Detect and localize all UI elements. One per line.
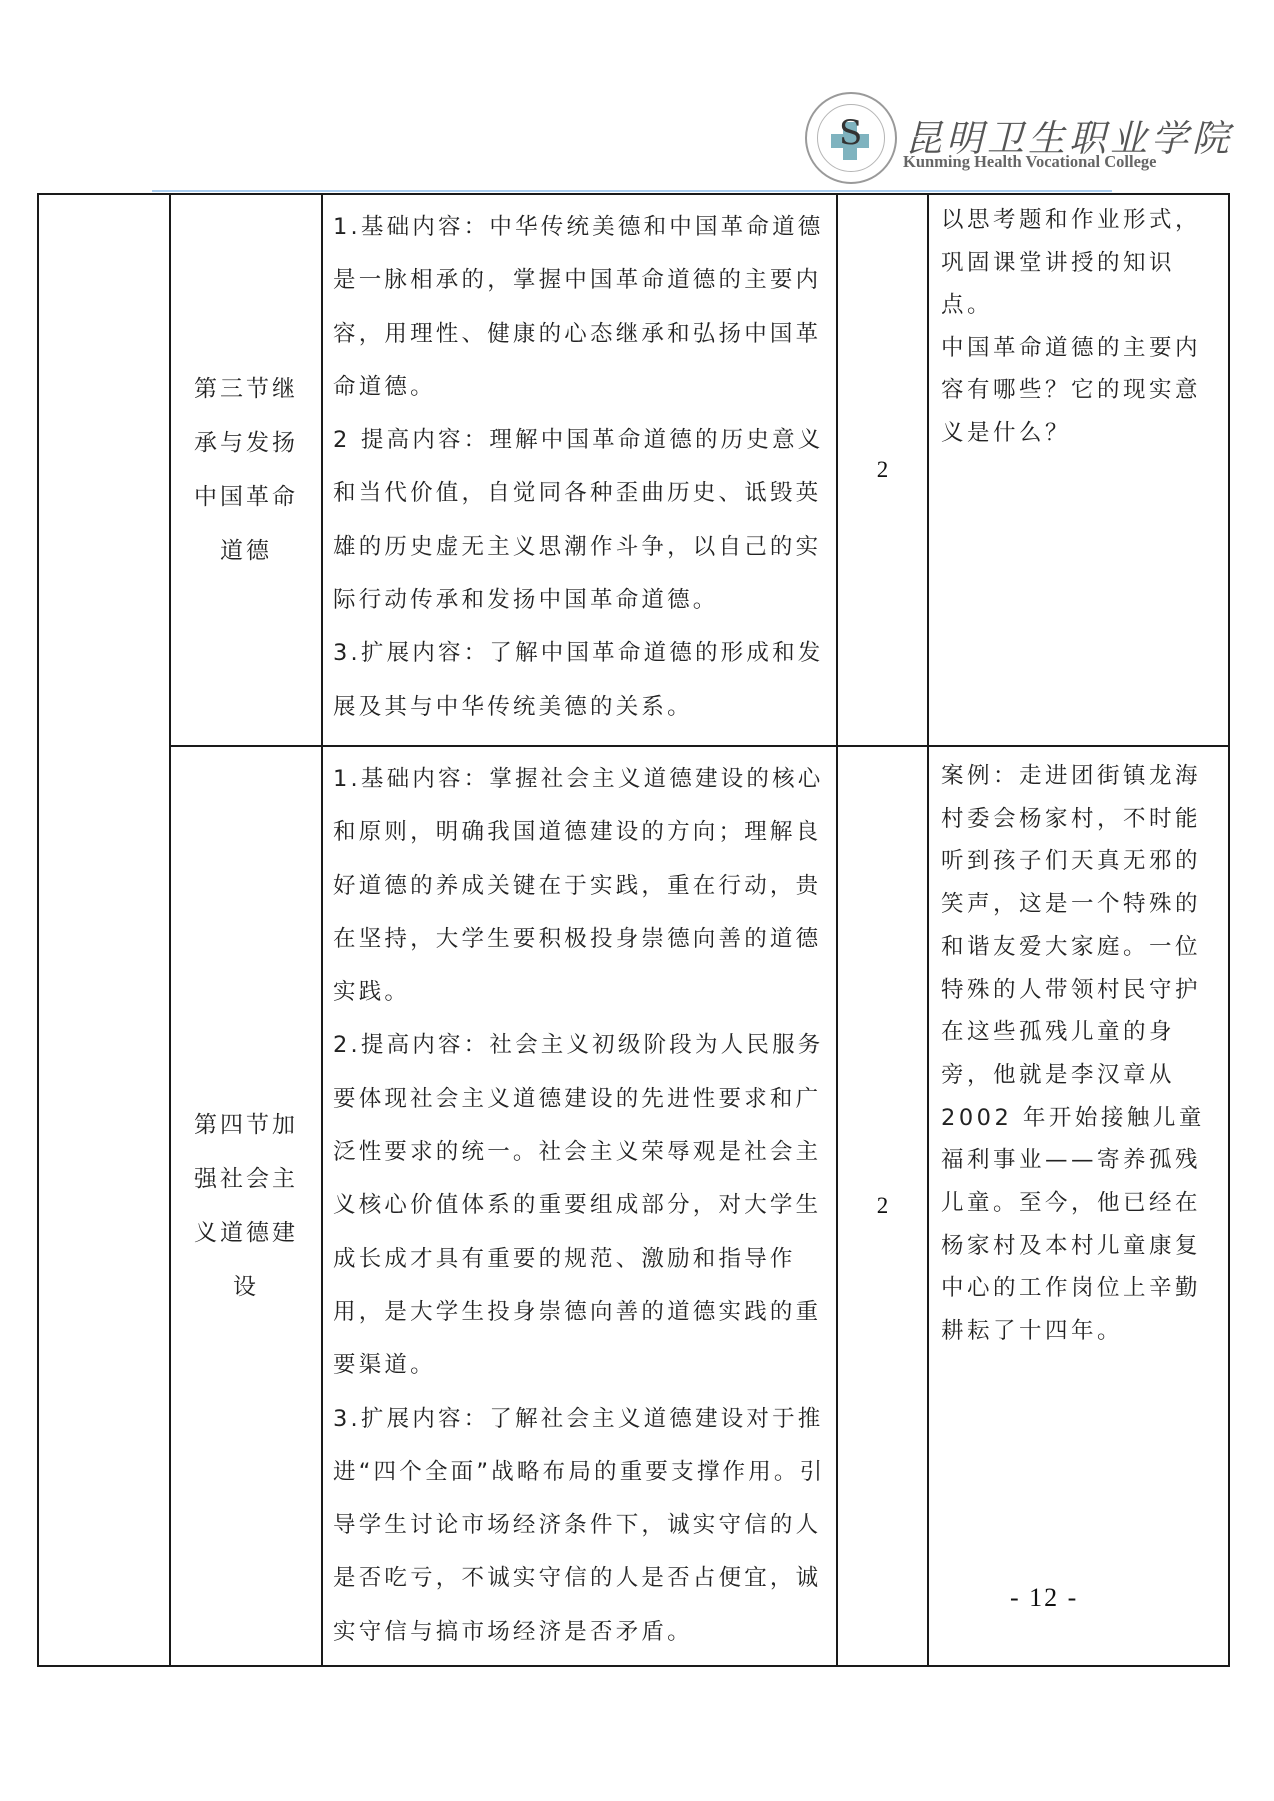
college-emblem-icon: S (805, 92, 897, 184)
syllabus-table: 第三节继承与发扬中国革命道德 1.基础内容：中华传统美德和中国革命道德是一脉相承… (37, 193, 1230, 1667)
chapter-cell (38, 194, 170, 1666)
notes-cell: 案例：走进团街镇龙海村委会杨家村，不时能听到孩子们天真无邪的笑声，这是一个特殊的… (928, 746, 1229, 1666)
notes-question: 中国革命道德的主要内容有哪些？它的现实意义是什么？ (941, 327, 1220, 455)
content-advanced: 2 提高内容：理解中国革命道德的历史意义和当代价值，自觉同各种歪曲历史、诋毁英雄… (333, 414, 826, 627)
notes-text: 以思考题和作业形式，巩固课堂讲授的知识点。 (941, 199, 1220, 327)
table-row: 第三节继承与发扬中国革命道德 1.基础内容：中华传统美德和中国革命道德是一脉相承… (38, 194, 1229, 746)
content-cell: 1.基础内容：掌握社会主义道德建设的核心和原则，明确我国道德建设的方向；理解良好… (322, 746, 837, 1666)
notes-case-study: 案例：走进团街镇龙海村委会杨家村，不时能听到孩子们天真无邪的笑声，这是一个特殊的… (941, 755, 1220, 1353)
content-basic: 1.基础内容：掌握社会主义道德建设的核心和原则，明确我国道德建设的方向；理解良好… (333, 753, 826, 1019)
hours-cell: 2 (837, 194, 928, 746)
notes-cell: 以思考题和作业形式，巩固课堂讲授的知识点。 中国革命道德的主要内容有哪些？它的现… (928, 194, 1229, 746)
table-row: 第四节加强社会主义道德建设 1.基础内容：掌握社会主义道德建设的核心和原则，明确… (38, 746, 1229, 1666)
content-basic: 1.基础内容：中华传统美德和中国革命道德是一脉相承的，掌握中国革命道德的主要内容… (333, 201, 826, 414)
emblem-snake-icon: S (839, 116, 862, 150)
content-extended: 3.扩展内容：了解社会主义道德建设对于推进“四个全面”战略布局的重要支撑作用。引… (333, 1393, 826, 1659)
header-divider (152, 190, 1112, 192)
content-cell: 1.基础内容：中华传统美德和中国革命道德是一脉相承的，掌握中国革命道德的主要内容… (322, 194, 837, 746)
section-title-cell: 第三节继承与发扬中国革命道德 (170, 194, 322, 746)
section-title-cell: 第四节加强社会主义道德建设 (170, 746, 322, 1666)
content-extended: 3.扩展内容：了解中国革命道德的形成和发展及其与中华传统美德的关系。 (333, 627, 826, 734)
brand-name-english: Kunming Health Vocational College (903, 152, 1156, 172)
hours-cell: 2 (837, 746, 928, 1666)
page-number: - 12 - (1010, 1583, 1078, 1613)
content-advanced: 2.提高内容：社会主义初级阶段为人民服务要体现社会主义道德建设的先进性要求和广泛… (333, 1019, 826, 1392)
